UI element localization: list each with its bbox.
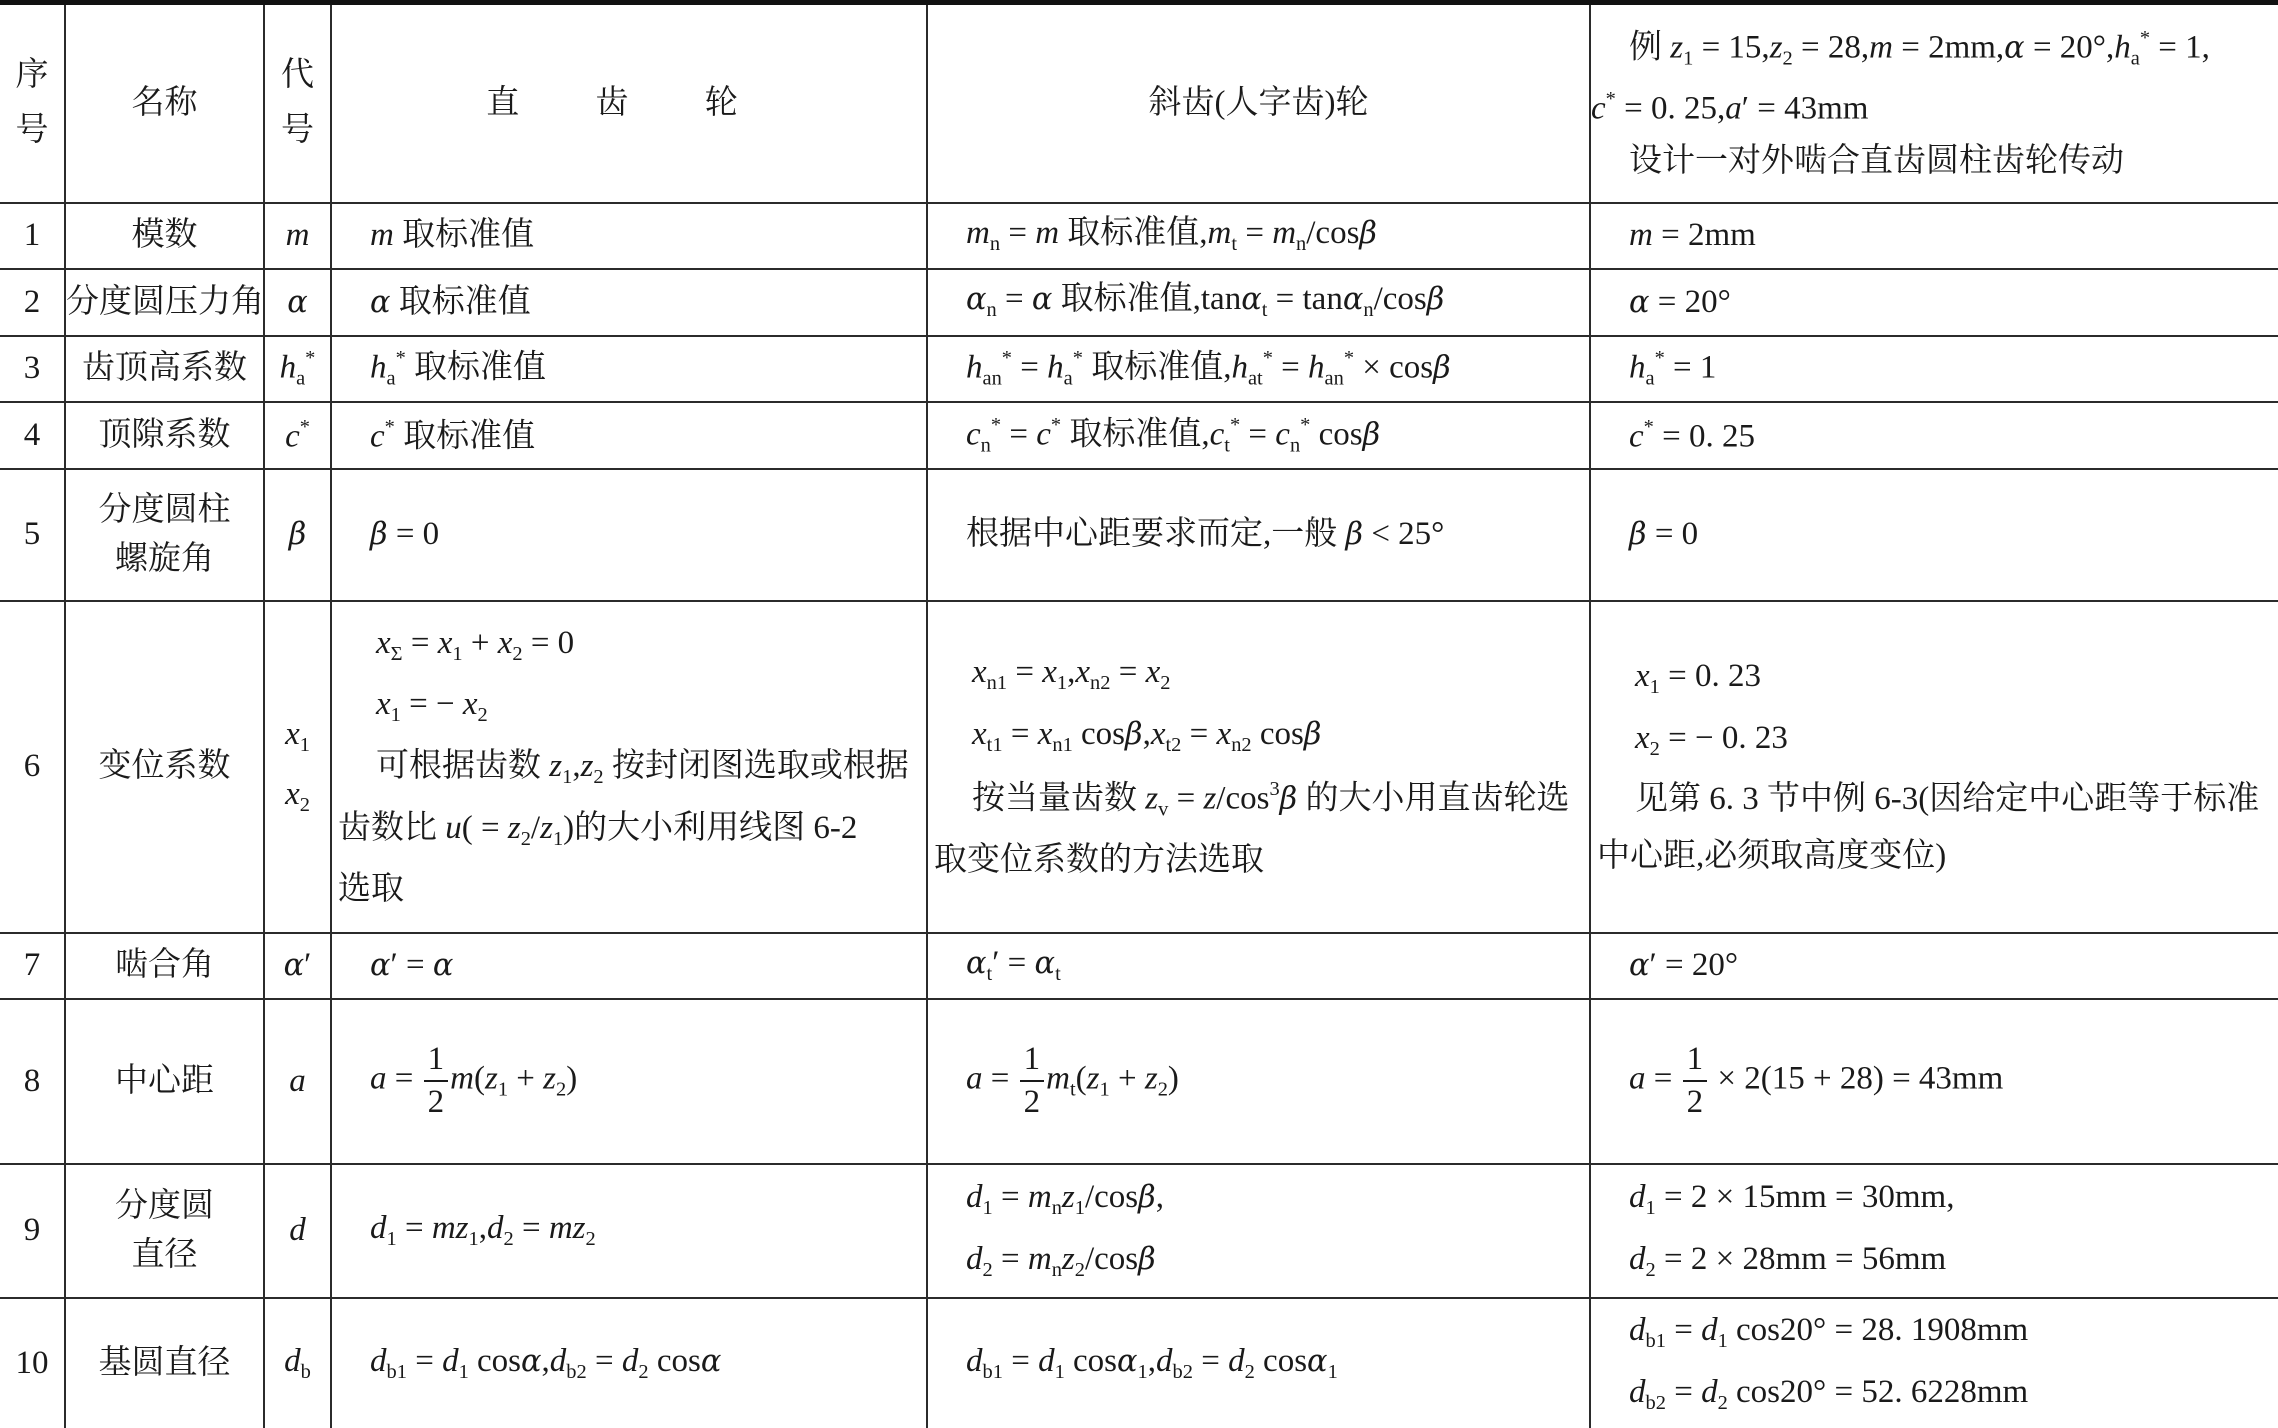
- cell-line: d2 = mnz2/cosβ: [966, 1243, 1583, 1281]
- math-variable: c: [1210, 416, 1225, 452]
- cell-name: 模数: [65, 203, 264, 269]
- cell-line: α = 20°: [1629, 286, 2272, 319]
- table-row: 4顶隙系数c*c* 取标准值cn* = c* 取标准值,ct* = cn* co…: [0, 402, 2278, 469]
- fraction-numerator: 1: [1020, 1043, 1045, 1082]
- cell-example-content: c* = 0. 25: [1591, 417, 2278, 453]
- text-run: =: [1666, 1312, 1701, 1348]
- cell-helical-gear: cn* = c* 取标准值,ct* = cn* cosβ: [927, 402, 1590, 469]
- cell-line: 分度圆: [66, 1190, 263, 1223]
- cell-line: 基圆直径: [66, 1347, 263, 1380]
- subscript: n: [981, 434, 991, 456]
- cell-symbol: ha*: [264, 336, 331, 402]
- cell-line: d2 = 2 × 28mm = 56mm: [1629, 1243, 2272, 1281]
- cell-seq: 10: [0, 1298, 65, 1428]
- cell-symbol: α′: [264, 933, 331, 999]
- cell-spur-gear-content: db1 = d1 cosα,db2 = d2 cosα: [332, 1345, 926, 1383]
- superscript: *: [1655, 347, 1665, 369]
- cell-helical-gear-content: a = 12mt(z1 + z2): [928, 1043, 1589, 1119]
- math-variable: a: [370, 1061, 387, 1097]
- text-run: =: [514, 1210, 549, 1246]
- cell-line: 分度圆柱: [66, 494, 263, 527]
- math-variable: c: [1629, 418, 1644, 454]
- math-variable: a: [966, 1061, 983, 1097]
- cell-spur-gear-content: ha* 取标准值: [332, 348, 926, 389]
- math-variable: d: [1629, 1312, 1646, 1348]
- text-run: 可根据齿数: [376, 748, 549, 784]
- superscript: *: [385, 416, 395, 438]
- math-variable: u: [445, 810, 462, 846]
- math-variable: z: [1203, 780, 1216, 816]
- subscript: 1: [452, 643, 462, 665]
- text-run: =: [1237, 215, 1272, 251]
- math-variable: x: [438, 625, 453, 661]
- greek-symbol: α: [287, 285, 308, 320]
- math-variable: m: [450, 1061, 474, 1097]
- math-variable: m: [1035, 215, 1059, 251]
- fraction: 12: [1020, 1043, 1045, 1119]
- subscript: 2: [512, 643, 522, 665]
- cell-line: 设计一对外啮合直齿圆柱齿轮传动: [1591, 145, 2278, 178]
- text-run: × cos: [1354, 349, 1433, 385]
- math-variable: x: [376, 625, 391, 661]
- cell-spur-gear-content: a = 12m(z1 + z2): [332, 1043, 926, 1119]
- cell-line: db1 = d1 cos20° = 28. 1908mm: [1629, 1314, 2272, 1352]
- table-row: 9分度圆直径dd1 = mz1,d2 = mz2d1 = mnz1/cosβ,d…: [0, 1164, 2278, 1298]
- text-run: 取标准值,: [1061, 416, 1210, 452]
- greek-symbol: α: [370, 285, 391, 320]
- text-run: 按当量齿数: [972, 780, 1145, 816]
- header-seq-line: 号: [0, 114, 64, 147]
- table-row: 6变位系数x1x2xΣ = x1 + x2 = 0x1 = − x2可根据齿数 …: [0, 601, 2278, 933]
- gear-design-table: 序 号 名称 代 号 直 齿 轮 斜齿(人字齿)轮 例 z1 = 15,z2 =…: [0, 0, 2278, 1428]
- cell-line: ha* 取标准值: [370, 348, 920, 389]
- math-variable: x: [1042, 654, 1057, 690]
- cell-spur-gear: ha* 取标准值: [331, 336, 927, 402]
- cell-line: β = 0: [1629, 518, 2272, 551]
- cell-line: db1 = d1 cosα,db2 = d2 cosα: [370, 1345, 920, 1383]
- cell-line: c* = 0. 25,a′ = 43mm: [1591, 89, 2278, 125]
- text-run: cos: [469, 1343, 521, 1379]
- math-variable: d: [487, 1210, 504, 1246]
- cell-spur-gear-content: α 取标准值: [332, 286, 926, 319]
- subscript: 2: [593, 766, 603, 788]
- cell-line: 取变位系数的方法选取: [934, 844, 1583, 877]
- cell-symbol: a: [264, 999, 331, 1164]
- math-variable: h: [966, 349, 983, 385]
- math-variable: x: [285, 776, 300, 812]
- text-run: = 2mm: [1653, 217, 1756, 253]
- subscript: 2: [1650, 738, 1660, 760]
- table-row: 8中心距aa = 12m(z1 + z2)a = 12mt(z1 + z2)a …: [0, 999, 2278, 1164]
- cell-line: m: [265, 219, 330, 252]
- text-run: =: [387, 1061, 422, 1097]
- text-run: =: [983, 1061, 1018, 1097]
- greek-symbol: α: [1307, 1344, 1328, 1379]
- cell-example: x1 = 0. 23x2 = − 0. 23见第 6. 3 节中例 6-3(因给…: [1590, 601, 2278, 933]
- cell-helical-gear: αn = α 取标准值,tanαt = tanαn/cosβ: [927, 269, 1590, 336]
- text-run: = 0: [1647, 516, 1699, 552]
- cell-example: ha* = 1: [1590, 336, 2278, 402]
- text-run: /cos: [1085, 1179, 1138, 1215]
- cell-seq: 9: [0, 1164, 65, 1298]
- cell-helical-gear-content: mn = m 取标准值,mt = mn/cosβ: [928, 217, 1589, 255]
- text-run: = 0. 23: [1660, 658, 1761, 694]
- cell-example-content: a = 12 × 2(15 + 28) = 43mm: [1591, 1043, 2278, 1119]
- cell-example: a = 12 × 2(15 + 28) = 43mm: [1590, 999, 2278, 1164]
- greek-symbol: α: [370, 948, 391, 983]
- text-run: (: [474, 1061, 485, 1097]
- text-run: =: [1000, 215, 1035, 251]
- math-variable: d: [442, 1343, 459, 1379]
- greek-symbol: β: [1125, 717, 1143, 752]
- text-run: = − 0. 23: [1660, 720, 1788, 756]
- cell-seq: 7: [0, 933, 65, 999]
- cell-spur-gear-content: d1 = mz1,d2 = mz2: [332, 1212, 926, 1250]
- math-variable: a: [1629, 1061, 1646, 1097]
- cell-example-content: α = 20°: [1591, 286, 2278, 319]
- greek-symbol: β: [1304, 717, 1322, 752]
- fraction-denominator: 2: [1683, 1082, 1708, 1119]
- text-run: 的大小用直齿轮选: [1297, 780, 1569, 816]
- subscript: 2: [478, 705, 488, 727]
- cell-line: 模数: [66, 219, 263, 252]
- greek-symbol: β: [1629, 517, 1647, 552]
- text-run: × 2(15 + 28) = 43mm: [1709, 1061, 2003, 1097]
- subscript: n: [1052, 1259, 1062, 1281]
- math-variable: z: [1145, 1061, 1158, 1097]
- header-example: 例 z1 = 15,z2 = 28,m = 2mm,α = 20°,ha* = …: [1590, 3, 2278, 203]
- math-variable: x: [1635, 720, 1650, 756]
- math-variable: c: [1591, 90, 1606, 126]
- superscript: *: [991, 414, 1001, 436]
- cell-helical-gear-content: db1 = d1 cosα1,db2 = d2 cosα1: [928, 1345, 1589, 1383]
- subscript: 1: [553, 828, 563, 850]
- math-variable: x: [376, 686, 391, 722]
- text-run: ,: [1143, 716, 1151, 752]
- cell-line: mn = m 取标准值,mt = mn/cosβ: [966, 217, 1583, 255]
- math-variable: x: [498, 625, 513, 661]
- greek-symbol: β: [1427, 282, 1445, 317]
- text-run: = −: [401, 686, 463, 722]
- greek-symbol: β: [289, 517, 307, 552]
- subscript: b2: [566, 1361, 586, 1383]
- subscript: 1: [562, 766, 572, 788]
- header-name: 名称: [65, 3, 264, 203]
- subscript: 1: [1138, 1361, 1148, 1383]
- subscript: 1: [1057, 672, 1067, 694]
- header-symbol-line: 号: [265, 114, 330, 147]
- math-variable: x: [1151, 716, 1166, 752]
- text-run: ,: [572, 748, 580, 784]
- text-run: =: [1007, 654, 1042, 690]
- cell-helical-gear: a = 12mt(z1 + z2): [927, 999, 1590, 1164]
- text-run: =: [1168, 780, 1203, 816]
- text-run: = 1: [1665, 349, 1717, 385]
- math-variable: c: [1036, 416, 1051, 452]
- math-variable: x: [1635, 658, 1650, 694]
- greek-symbol: β: [1280, 781, 1298, 816]
- subscript: 2: [1718, 1392, 1728, 1414]
- text-run: =: [1646, 1061, 1681, 1097]
- subscript: b1: [1646, 1330, 1666, 1352]
- cell-spur-gear-content: m 取标准值: [332, 219, 926, 252]
- subscript: 1: [1055, 1361, 1065, 1383]
- text-run: cos: [1310, 416, 1362, 452]
- subscript: 1: [1683, 48, 1693, 70]
- cell-name: 啮合角: [65, 933, 264, 999]
- cell-line: α′: [265, 949, 330, 982]
- superscript: *: [1073, 347, 1083, 369]
- greek-symbol: α: [1035, 946, 1056, 981]
- cell-name: 变位系数: [65, 601, 264, 933]
- cell-line: ha* = 1: [1629, 348, 2272, 389]
- subscript: b2: [1173, 1361, 1193, 1383]
- greek-symbol: α: [1117, 1344, 1138, 1379]
- cell-helical-gear: han* = ha* 取标准值,hat* = han* × cosβ: [927, 336, 1590, 402]
- cell-example: c* = 0. 25: [1590, 402, 2278, 469]
- math-variable: d: [1629, 1241, 1646, 1277]
- math-variable: z: [540, 810, 553, 846]
- subscript: v: [1158, 799, 1168, 821]
- cell-seq: 2: [0, 269, 65, 336]
- greek-symbol: β: [1138, 1180, 1156, 1215]
- cell-example-content: m = 2mm: [1591, 219, 2278, 252]
- cell-line: 中心距: [66, 1065, 263, 1098]
- cell-symbol: db: [264, 1298, 331, 1428]
- subscript: 1: [459, 1361, 469, 1383]
- header-symbol-line: 代: [265, 59, 330, 92]
- cell-line: d: [265, 1214, 330, 1247]
- cell-helical-gear: db1 = d1 cosα1,db2 = d2 cosα1: [927, 1298, 1590, 1428]
- fraction-numerator: 1: [424, 1043, 449, 1082]
- text-run: cos: [1073, 716, 1125, 752]
- text-run: ( =: [462, 810, 508, 846]
- math-variable: h: [1231, 349, 1248, 385]
- subscript: 2: [300, 794, 310, 816]
- cell-example: α′ = 20°: [1590, 933, 2278, 999]
- text-run: )的大小利用线图 6-2: [563, 810, 857, 846]
- cell-seq: 4: [0, 402, 65, 469]
- subscript: 2: [1783, 48, 1793, 70]
- subscript: a: [296, 368, 305, 390]
- math-variable: h: [2114, 29, 2131, 65]
- cell-line: α: [265, 286, 330, 319]
- cell-name: 顶隙系数: [65, 402, 264, 469]
- math-variable: z: [1062, 1179, 1075, 1215]
- math-variable: d: [1156, 1343, 1173, 1379]
- math-variable: d: [622, 1343, 639, 1379]
- subscript: 1: [1718, 1330, 1728, 1352]
- math-variable: h: [370, 349, 387, 385]
- greek-symbol: α: [701, 1344, 722, 1379]
- greek-symbol: α: [1629, 285, 1650, 320]
- math-variable: m: [1028, 1241, 1052, 1277]
- math-variable: m: [1208, 215, 1232, 251]
- cell-example: α = 20°: [1590, 269, 2278, 336]
- subscript: 2: [1245, 1361, 1255, 1383]
- cell-line: β = 0: [370, 518, 920, 551]
- math-variable: d: [1629, 1374, 1646, 1410]
- cell-spur-gear: xΣ = x1 + x2 = 0x1 = − x2可根据齿数 z1,z2 按封闭…: [331, 601, 927, 933]
- greek-symbol: β: [370, 517, 388, 552]
- math-variable: mz: [549, 1210, 586, 1246]
- superscript: *: [1606, 88, 1616, 110]
- text-run: 取标准值: [394, 217, 534, 253]
- math-variable: a: [1725, 90, 1742, 126]
- subscript: 1: [498, 1079, 508, 1101]
- fraction-numerator: 1: [1683, 1043, 1708, 1082]
- math-variable: d: [966, 1343, 983, 1379]
- cell-line: c* = 0. 25: [1629, 417, 2272, 453]
- cell-line: β: [265, 518, 330, 551]
- text-run: =: [1193, 1343, 1228, 1379]
- subscript: 1: [1646, 1197, 1656, 1219]
- text-run: ,: [479, 1210, 487, 1246]
- math-variable: x: [463, 686, 478, 722]
- cell-line: 按当量齿数 zv = z/cos3β 的大小用直齿轮选: [934, 779, 1583, 820]
- header-symbol: 代 号: [264, 3, 331, 203]
- subscript: n: [987, 299, 997, 321]
- text-run: 设计一对外啮合直齿圆柱齿轮传动: [1629, 143, 2124, 179]
- cell-example: db1 = d1 cos20° = 28. 1908mmdb2 = d2 cos…: [1590, 1298, 2278, 1428]
- text-run: ): [566, 1061, 577, 1097]
- text-run: ′ =: [391, 947, 433, 983]
- cell-line: 变位系数: [66, 750, 263, 783]
- table-row: 1模数mm 取标准值mn = m 取标准值,mt = mn/cosβm = 2m…: [0, 203, 2278, 269]
- math-variable: x: [1146, 654, 1161, 690]
- cell-line: 齿顶高系数: [66, 352, 263, 385]
- text-run: cos: [1065, 1343, 1117, 1379]
- text-run: =: [403, 625, 438, 661]
- superscript: 3: [1269, 778, 1279, 800]
- cell-line: ha*: [265, 348, 330, 389]
- math-variable: d: [550, 1343, 567, 1379]
- superscript: *: [1002, 347, 1012, 369]
- subscript: a: [1064, 368, 1073, 390]
- math-variable: z: [1670, 29, 1683, 65]
- cell-line: 见第 6. 3 节中例 6-3(因给定中心距等于标准: [1597, 783, 2272, 816]
- cell-helical-gear: 根据中心距要求而定,一般 β < 25°: [927, 469, 1590, 601]
- cell-helical-gear-content: αn = α 取标准值,tanαt = tanαn/cosβ: [928, 283, 1589, 321]
- math-variable: m: [1272, 215, 1296, 251]
- subscript: 1: [1650, 676, 1660, 698]
- table-row: 7啮合角α′α′ = ααt′ = αtα′ = 20°: [0, 933, 2278, 999]
- math-variable: x: [972, 654, 987, 690]
- math-variable: a: [289, 1063, 306, 1099]
- greek-symbol: β: [1433, 350, 1451, 385]
- text-run: = 2mm,: [1893, 29, 2004, 65]
- subscript: 2: [1160, 672, 1170, 694]
- cell-line: 啮合角: [66, 949, 263, 982]
- cell-line: 根据中心距要求而定,一般 β < 25°: [966, 518, 1583, 551]
- cell-line: x1: [265, 718, 330, 756]
- subscript: 2: [1646, 1259, 1656, 1281]
- cell-line: d1 = mnz1/cosβ,: [966, 1181, 1583, 1219]
- text-run: 取标准值: [395, 418, 535, 454]
- superscript: *: [1344, 347, 1354, 369]
- cell-example: m = 2mm: [1590, 203, 2278, 269]
- math-variable: mz: [432, 1210, 469, 1246]
- superscript: *: [300, 416, 310, 438]
- text-run: 选取: [338, 871, 404, 907]
- math-variable: m: [1869, 29, 1893, 65]
- math-variable: m: [286, 217, 310, 253]
- cell-seq: 1: [0, 203, 65, 269]
- math-variable: d: [1228, 1343, 1245, 1379]
- math-variable: m: [1046, 1061, 1070, 1097]
- cell-helical-gear-content: cn* = c* 取标准值,ct* = cn* cosβ: [928, 415, 1589, 456]
- header-helical-gear: 斜齿(人字齿)轮: [927, 3, 1590, 203]
- cell-line: 顶隙系数: [66, 419, 263, 452]
- text-run: ,: [1148, 1343, 1156, 1379]
- cell-line: 例 z1 = 15,z2 = 28,m = 2mm,α = 20°,ha* = …: [1591, 28, 2278, 69]
- math-variable: z: [543, 1061, 556, 1097]
- text-run: = tan: [1267, 281, 1342, 317]
- cell-spur-gear-content: β = 0: [332, 518, 926, 551]
- subscript: 1: [300, 734, 310, 756]
- cell-name: 中心距: [65, 999, 264, 1164]
- cell-example-content: x1 = 0. 23x2 = − 0. 23见第 6. 3 节中例 6-3(因给…: [1591, 660, 2278, 873]
- cell-line: xt1 = xn1 cosβ,xt2 = xn2 cosβ: [934, 718, 1583, 756]
- greek-symbol: α: [433, 948, 454, 983]
- subscript: an: [983, 368, 1002, 390]
- text-run: /cos: [1374, 281, 1427, 317]
- text-run: /: [531, 810, 540, 846]
- subscript: n: [1296, 233, 1306, 255]
- math-variable: m: [1028, 1179, 1052, 1215]
- cell-line: a = 12mt(z1 + z2): [966, 1043, 1583, 1119]
- text-run: 取标准值,: [1083, 349, 1232, 385]
- text-run: = 2 × 15mm = 30mm,: [1656, 1179, 1955, 1215]
- text-run: = 15,: [1693, 29, 1769, 65]
- math-variable: d: [1038, 1343, 1055, 1379]
- math-variable: d: [1701, 1374, 1718, 1410]
- cell-seq: 6: [0, 601, 65, 933]
- cell-symbol: c*: [264, 402, 331, 469]
- cell-helical-gear: xn1 = x1,xn2 = x2xt1 = xn1 cosβ,xt2 = xn…: [927, 601, 1590, 933]
- table-row: 3齿顶高系数ha*ha* 取标准值han* = ha* 取标准值,hat* = …: [0, 336, 2278, 402]
- table-row: 5分度圆柱螺旋角ββ = 0根据中心距要求而定,一般 β < 25°β = 0: [0, 469, 2278, 601]
- cell-line: db1 = d1 cosα1,db2 = d2 cosα1: [966, 1345, 1583, 1383]
- cell-name: 分度圆压力角: [65, 269, 264, 336]
- text-run: =: [993, 1241, 1028, 1277]
- text-run: 按封闭图选取或根据: [604, 748, 909, 784]
- text-run: +: [1110, 1061, 1145, 1097]
- cell-line: d1 = mz1,d2 = mz2: [370, 1212, 920, 1250]
- text-run: 取标准值: [406, 349, 546, 385]
- subscript: b: [301, 1361, 311, 1383]
- cell-helical-gear-content: han* = ha* 取标准值,hat* = han* × cosβ: [928, 348, 1589, 389]
- greek-symbol: α: [2004, 30, 2025, 65]
- subscript: t2: [1166, 734, 1182, 756]
- cell-seq: 5: [0, 469, 65, 601]
- cell-symbol: d: [264, 1164, 331, 1298]
- math-variable: d: [966, 1241, 983, 1277]
- cell-symbol: α: [264, 269, 331, 336]
- cell-spur-gear: a = 12m(z1 + z2): [331, 999, 927, 1164]
- cell-line: d1 = 2 × 15mm = 30mm,: [1629, 1181, 2272, 1219]
- subscript: 2: [638, 1361, 648, 1383]
- math-variable: h: [1308, 349, 1325, 385]
- cell-line: x1 = − x2: [338, 688, 920, 726]
- cell-spur-gear: α′ = α: [331, 933, 927, 999]
- header-spur-gear: 直 齿 轮: [331, 3, 927, 203]
- subscript: t1: [987, 734, 1003, 756]
- text-run: =: [997, 281, 1032, 317]
- text-run: =: [1003, 716, 1038, 752]
- superscript: *: [1300, 414, 1310, 436]
- text-run: =: [587, 1343, 622, 1379]
